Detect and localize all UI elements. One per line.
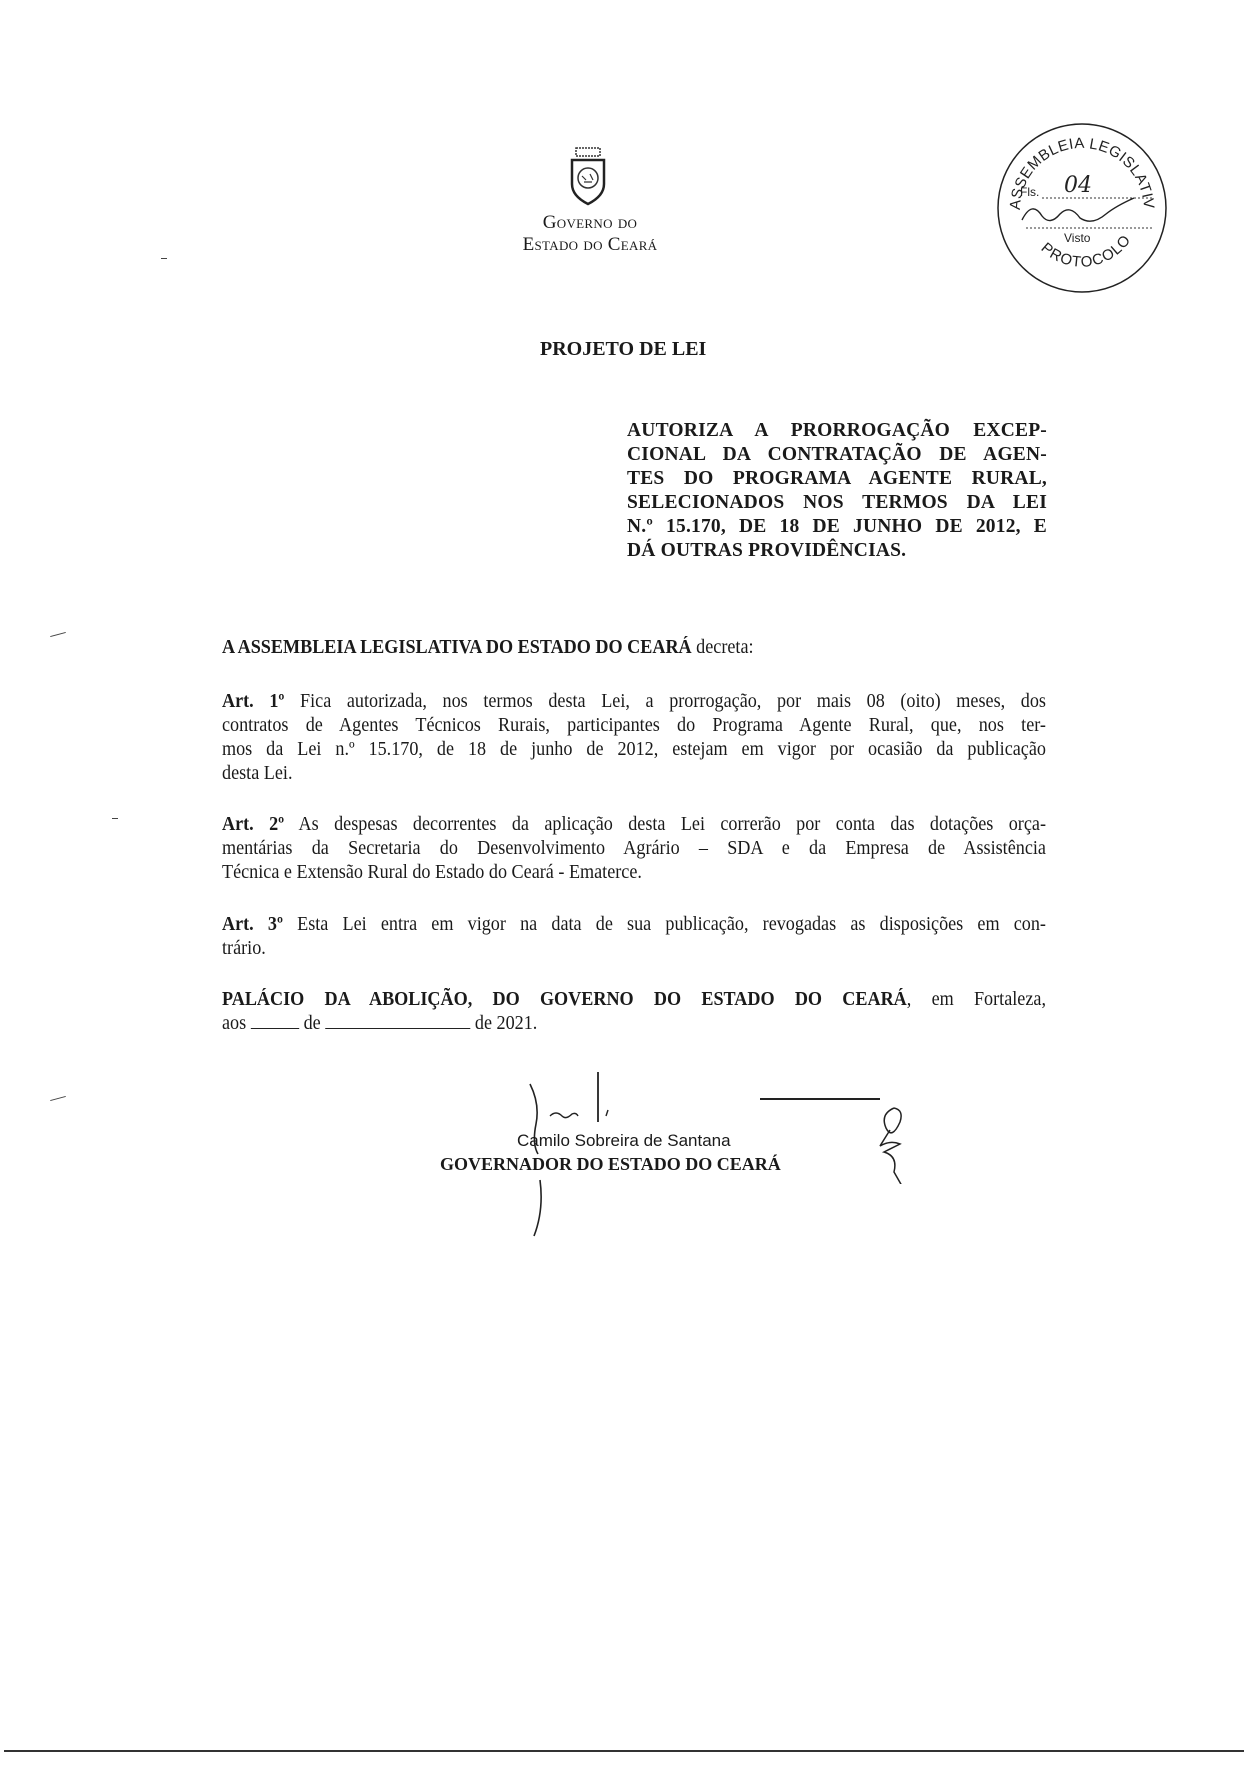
- ementa-line: N.º 15.170, DE 18 DE JUNHO DE 2012, E: [627, 515, 1047, 539]
- article-text: Fica autorizada, nos termos desta Lei, a…: [284, 691, 1046, 712]
- stamp-fls-value: 04: [1064, 173, 1092, 198]
- state-coat-of-arms-icon: [566, 146, 610, 208]
- date-line: aos de de 2021.: [222, 1012, 1046, 1036]
- ementa-line: TES DO PROGRAMA AGENTE RURAL,: [627, 467, 1047, 491]
- government-line-1: Governo do: [470, 212, 710, 234]
- margin-mark: [161, 258, 167, 259]
- stamp-fls-label: Fls.: [1020, 185, 1039, 199]
- stamp-signature: [1022, 198, 1134, 221]
- article-text: desta Lei.: [222, 762, 1046, 786]
- article-label: Art. 3º: [222, 914, 283, 935]
- ementa: AUTORIZA A PRORROGAÇÃO EXCEP- CIONAL DA …: [627, 419, 1047, 563]
- ementa-line: DÁ OUTRAS PROVIDÊNCIAS.: [627, 539, 1047, 563]
- document-title: PROJETO DE LEI: [540, 338, 706, 361]
- article-text: mentárias da Secretaria do Desenvolvimen…: [222, 837, 1046, 861]
- date-suffix: de 2021.: [475, 1013, 537, 1034]
- enactment-rest: decreta:: [692, 637, 754, 658]
- government-heading: Governo do Estado do Ceará: [470, 212, 710, 256]
- article-label: Art. 1º: [222, 691, 284, 712]
- signatory-name: Camilo Sobreira de Santana: [517, 1131, 731, 1151]
- article-1: Art. 1º Fica autorizada, nos termos dest…: [222, 690, 1046, 786]
- article-text: mos da Lei n.º 15.170, de 18 de junho de…: [222, 738, 1046, 762]
- ementa-line: AUTORIZA A PRORROGAÇÃO EXCEP-: [627, 419, 1047, 443]
- signature-stroke: [760, 1098, 880, 1100]
- article-text: Técnica e Extensão Rural do Estado do Ce…: [222, 861, 1046, 885]
- signatory-role: GOVERNADOR DO ESTADO DO CEARÁ: [440, 1154, 781, 1175]
- page-bottom-rule: [4, 1750, 1244, 1752]
- date-month-blank: [325, 1012, 470, 1029]
- enactment-bold: A ASSEMBLEIA LEGISLATIVA DO ESTADO DO CE…: [222, 637, 692, 658]
- handwritten-initial: [870, 1104, 916, 1184]
- margin-mark: [50, 632, 66, 637]
- article-text: trário.: [222, 937, 1046, 961]
- article-3: Art. 3º Esta Lei entra em vigor na data …: [222, 913, 1046, 961]
- article-text: Esta Lei entra em vigor na data de sua p…: [283, 914, 1046, 935]
- government-line-2: Estado do Ceará: [470, 234, 710, 256]
- ementa-line: CIONAL DA CONTRATAÇÃO DE AGEN-: [627, 443, 1047, 467]
- date-day-blank: [251, 1012, 299, 1029]
- closing-rest: , em Fortaleza,: [907, 989, 1046, 1010]
- article-text: As despesas decorrentes da aplicação des…: [284, 814, 1046, 835]
- article-2: Art. 2º As despesas decorrentes da aplic…: [222, 813, 1046, 885]
- protocol-stamp: ASSEMBLEIA LEGISLATIVA DO CEARÁ PROTOCOL…: [992, 118, 1172, 298]
- date-de: de: [304, 1013, 321, 1034]
- enactment-clause: A ASSEMBLEIA LEGISLATIVA DO ESTADO DO CE…: [222, 636, 1046, 660]
- article-text: contratos de Agentes Técnicos Rurais, pa…: [222, 714, 1046, 738]
- margin-mark: [112, 818, 118, 819]
- stamp-visto-label: Visto: [1064, 231, 1091, 245]
- closing-clause: PALÁCIO DA ABOLIÇÃO, DO GOVERNO DO ESTAD…: [222, 988, 1046, 1036]
- ementa-line: SELECIONADOS NOS TERMOS DA LEI: [627, 491, 1047, 515]
- margin-mark: [50, 1096, 66, 1101]
- date-prefix: aos: [222, 1013, 246, 1034]
- article-label: Art. 2º: [222, 814, 284, 835]
- closing-bold: PALÁCIO DA ABOLIÇÃO, DO GOVERNO DO ESTAD…: [222, 989, 907, 1010]
